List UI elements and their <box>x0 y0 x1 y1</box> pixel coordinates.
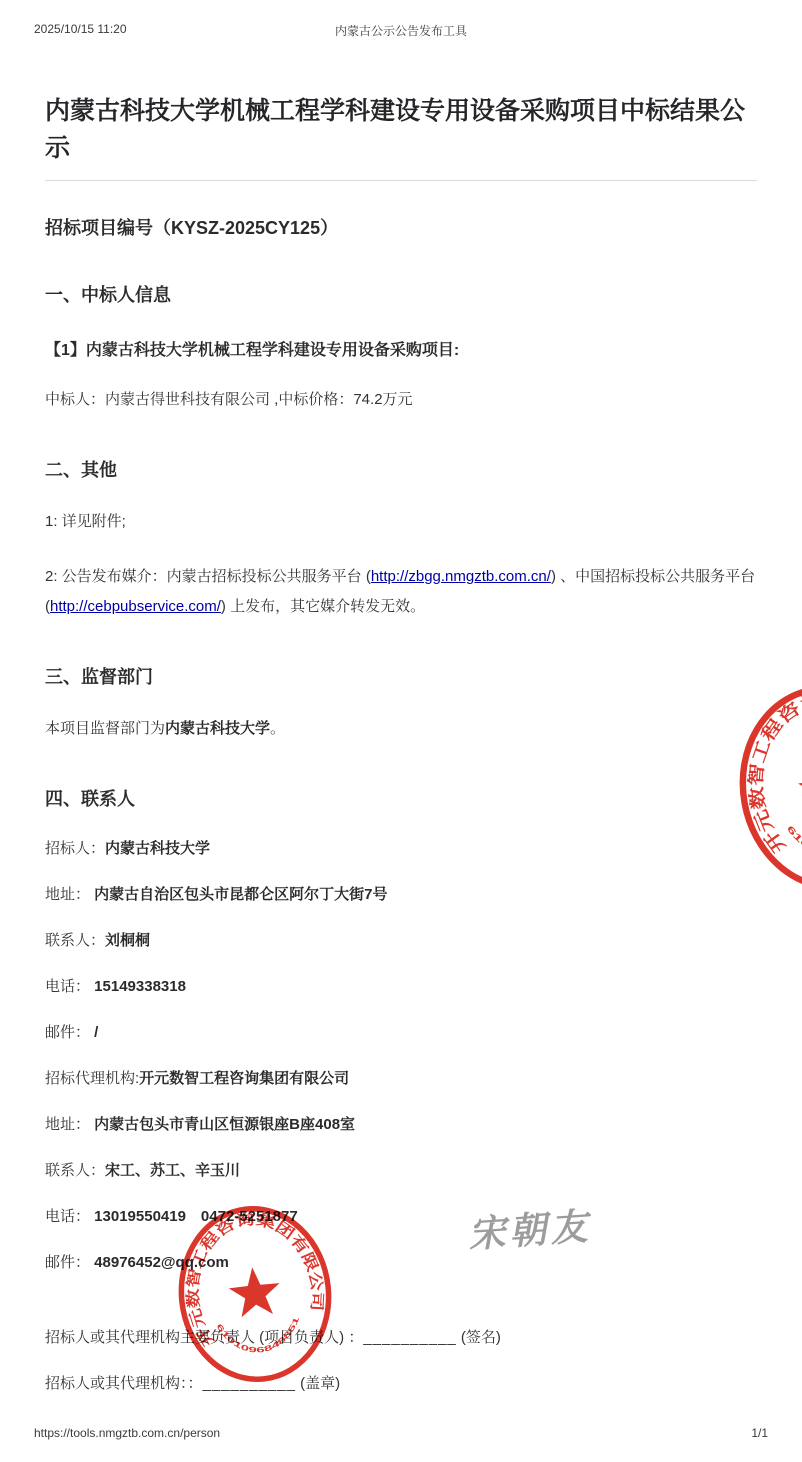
signature-line-person: 招标人或其代理机构主要负责人 (项目负责人) ：__________ (签名) <box>45 1327 757 1349</box>
seal-line-suffix: (盖章) <box>296 1375 340 1392</box>
contact-value: 13019550419 0472-5251877 <box>94 1208 298 1225</box>
signature-line-suffix: (签名) <box>457 1329 501 1346</box>
print-footer: https://tools.nmgztb.com.cn/person 1/1 <box>34 1426 768 1442</box>
contact-value: 15149338318 <box>94 978 186 995</box>
winner-item-heading: 【1】内蒙古科技大学机械工程学科建设专用设备采购项目: <box>45 337 757 360</box>
contact-value: 内蒙古自治区包头市昆都仑区阿尔丁大街7号 <box>94 886 387 903</box>
other-item-2: 2: 公告发布媒介：内蒙古招标投标公共服务平台 (http://zbgg.nmg… <box>45 562 757 622</box>
contact-value: 48976452@qq.com <box>94 1254 229 1271</box>
section-supervision-heading: 三、监督部门 <box>45 663 757 689</box>
handwritten-signature: 宋朝友 <box>466 1196 592 1258</box>
contact-label: 联系人： <box>45 1162 105 1179</box>
contact-value: 开元数智工程咨询集团有限公司 <box>139 1070 349 1087</box>
contact-value: 宋工、苏工、辛玉川 <box>105 1162 240 1179</box>
contact-label: 地址： <box>45 1116 94 1133</box>
contact-label: 招标代理机构: <box>45 1070 139 1087</box>
document-body: 内蒙古科技大学机械工程学科建设专用设备采购项目中标结果公示 招标项目编号（KYS… <box>0 0 802 1395</box>
contact-value: 内蒙古科技大学 <box>105 840 210 857</box>
contact-label: 邮件： <box>45 1254 94 1271</box>
supervision-department: 内蒙古科技大学 <box>165 720 270 737</box>
contact-label: 电话： <box>45 1208 94 1225</box>
project-number-heading: 招标项目编号（KYSZ-2025CY125） <box>45 214 757 240</box>
contact-label: 联系人： <box>45 932 105 949</box>
contact-line-tenderer-address: 地址： 内蒙古自治区包头市昆都仑区阿尔丁大街7号 <box>45 886 757 903</box>
signature-blank: __________ <box>363 1329 456 1346</box>
contact-line-tenderer-email: 邮件： / <box>45 1024 757 1041</box>
contact-label: 招标人： <box>45 840 105 857</box>
contact-line-agency-address: 地址： 内蒙古包头市青山区恒源银座B座408室 <box>45 1116 757 1133</box>
link-cebpubservice[interactable]: http://cebpubservice.com/ <box>50 598 221 615</box>
supervision-line: 本项目监督部门为内蒙古科技大学。 <box>45 714 757 744</box>
contact-value: / <box>94 1024 98 1041</box>
other-item-1: 1: 详见附件; <box>45 507 757 537</box>
contact-line-agency-email: 邮件： 48976452@qq.com <box>45 1254 757 1271</box>
contact-line-agency-person: 联系人：宋工、苏工、辛玉川 <box>45 1162 757 1179</box>
section-other-heading: 二、其他 <box>45 456 757 482</box>
link-nmgztb-platform[interactable]: http://zbgg.nmgztb.com.cn/ <box>371 568 551 585</box>
print-app-title: 内蒙古公示公告发布工具 <box>335 22 467 39</box>
winner-detail: 中标人：内蒙古得世科技有限公司 ,中标价格：74.2万元 <box>45 385 757 415</box>
contact-line-tenderer-phone: 电话： 15149338318 <box>45 978 757 995</box>
supervision-suffix: 。 <box>270 720 285 737</box>
contact-line-agency: 招标代理机构:开元数智工程咨询集团有限公司 <box>45 1070 757 1087</box>
contact-label: 电话： <box>45 978 94 995</box>
contact-line-tenderer-person: 联系人：刘桐桐 <box>45 932 757 949</box>
supervision-prefix: 本项目监督部门为 <box>45 720 165 737</box>
contact-label: 地址： <box>45 886 94 903</box>
print-source-url: https://tools.nmgztb.com.cn/person <box>34 1426 220 1440</box>
contact-label: 邮件： <box>45 1024 94 1041</box>
signature-block: 招标人或其代理机构主要负责人 (项目负责人) ：__________ (签名) … <box>45 1327 757 1395</box>
contact-value: 刘桐桐 <box>105 932 150 949</box>
contact-line-agency-phone: 电话： 13019550419 0472-5251877 <box>45 1208 757 1225</box>
contact-line-tenderer: 招标人：内蒙古科技大学 <box>45 840 757 857</box>
signature-line-label: 招标人或其代理机构主要负责人 (项目负责人) ： <box>45 1329 363 1346</box>
signature-line-org: 招标人或其代理机构：：__________ (盖章) <box>45 1373 757 1395</box>
seal-blank: __________ <box>203 1375 296 1392</box>
print-page-number: 1/1 <box>751 1426 768 1440</box>
title-divider <box>45 180 757 181</box>
print-datetime: 2025/10/15 11:20 <box>34 22 127 36</box>
other-item-2-suffix: ) 上发布，其它媒介转发无效。 <box>221 598 425 615</box>
page-title: 内蒙古科技大学机械工程学科建设专用设备采购项目中标结果公示 <box>45 93 757 167</box>
section-winner-heading: 一、中标人信息 <box>45 281 757 307</box>
contact-value: 内蒙古包头市青山区恒源银座B座408室 <box>94 1116 355 1133</box>
seal-line-label: 招标人或其代理机构：： <box>45 1375 203 1392</box>
other-item-2-prefix: 2: 公告发布媒介：内蒙古招标投标公共服务平台 ( <box>45 568 371 585</box>
print-header: 2025/10/15 11:20 内蒙古公示公告发布工具 <box>34 22 768 40</box>
section-contacts-heading: 四、联系人 <box>45 785 757 811</box>
